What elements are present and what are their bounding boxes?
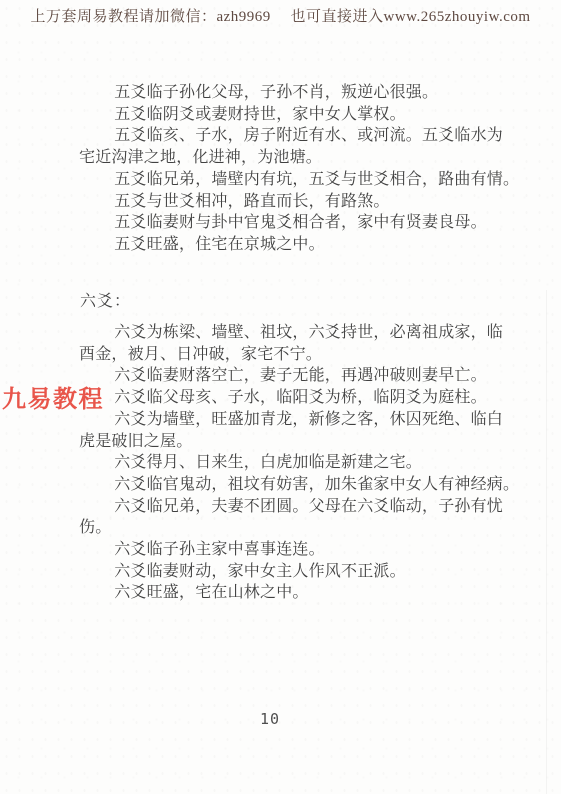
text-line: 六爻临官鬼动，祖坟有妨害，加朱雀家中女人有神经病。 bbox=[79, 474, 519, 496]
text-line: 六爻为墙壁，旺盛加青龙，新修之客，休囚死绝、临白 bbox=[79, 409, 519, 431]
scanned-document-page: 上万套周易教程请加微信：azh9969 也可直接进入www.265zhouyiw… bbox=[0, 0, 561, 794]
section-wuyao-body: 五爻临子孙化父母，子孙不肖，叛逆心很强。五爻临阴爻或妻财持世，家中女人掌权。五爻… bbox=[79, 82, 519, 256]
text-line: 五爻临妻财与卦中官鬼爻相合者，家中有贤妻良母。 bbox=[79, 212, 519, 234]
text-line: 六爻得月、日来生，白虎加临是新建之宅。 bbox=[79, 452, 519, 474]
text-line: 宅近沟津之地，化进神，为池塘。 bbox=[79, 147, 519, 169]
text-line: 酉金，被月、日冲破，家宅不宁。 bbox=[79, 344, 519, 366]
text-line: 五爻与世爻相冲，路直而长，有路煞。 bbox=[79, 191, 519, 213]
text-line: 虎是破旧之屋。 bbox=[79, 431, 519, 453]
text-line: 伤。 bbox=[79, 517, 519, 539]
watermark-jiuyi-jiaocheng: 九易教程 bbox=[2, 379, 104, 414]
text-line: 五爻临子孙化父母，子孙不肖，叛逆心很强。 bbox=[79, 82, 519, 104]
text-line: 六爻为栋梁、墙壁、祖坟，六爻持世，必离祖成家，临 bbox=[79, 322, 519, 344]
section-liuyao-heading: 六爻： bbox=[80, 288, 131, 311]
text-line: 五爻临兄弟，墙壁内有坑，五爻与世爻相合，路曲有情。 bbox=[79, 169, 519, 191]
page-number: 10 bbox=[0, 710, 540, 728]
text-line: 五爻旺盛，住宅在京城之中。 bbox=[79, 234, 519, 256]
text-line: 五爻临阴爻或妻财持世，家中女人掌权。 bbox=[79, 104, 519, 126]
text-line: 六爻临妻财落空亡，妻子无能，再遇冲破则妻早亡。 bbox=[79, 365, 519, 387]
text-line: 六爻旺盛，宅在山林之中。 bbox=[79, 582, 519, 604]
text-line: 六爻临子孙主家中喜事连连。 bbox=[79, 539, 519, 561]
section-liuyao-body: 六爻为栋梁、墙壁、祖坟，六爻持世，必离祖成家，临酉金，被月、日冲破，家宅不宁。六… bbox=[79, 322, 519, 604]
text-line: 五爻临亥、子水，房子附近有水、或河流。五爻临水为 bbox=[79, 125, 519, 147]
text-line: 六爻临妻财动，家中女主人作风不正派。 bbox=[79, 561, 519, 583]
text-line: 六爻临兄弟，夫妻不团圆。父母在六爻临动，子孙有忧 bbox=[79, 496, 519, 518]
header-banner: 上万套周易教程请加微信：azh9969 也可直接进入www.265zhouyiw… bbox=[0, 5, 561, 26]
text-line: 六爻临父母亥、子水，临阳爻为桥，临阴爻为庭柱。 bbox=[79, 387, 519, 409]
header-promo-text: 上万套周易教程请加微信：azh9969 也可直接进入www.265zhouyiw… bbox=[30, 9, 530, 25]
scan-artifact-line bbox=[546, 290, 547, 794]
